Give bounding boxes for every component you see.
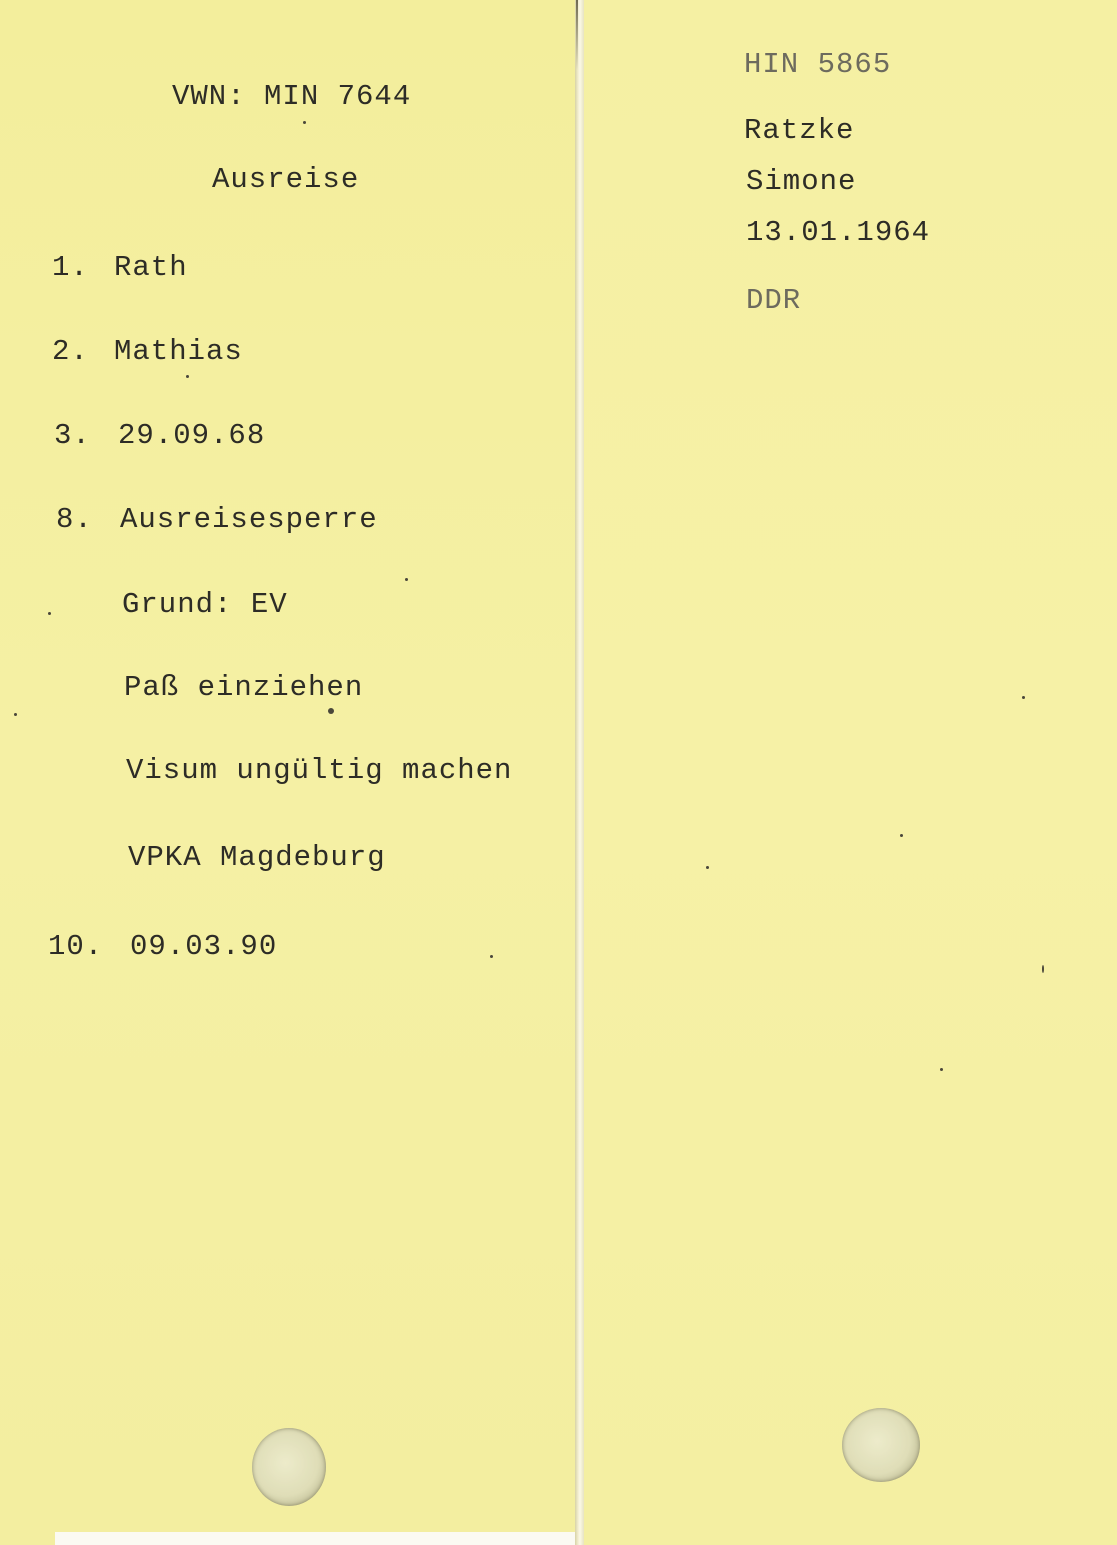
paper-edge: [55, 1532, 575, 1545]
paper-speck: [940, 1068, 943, 1071]
field-number: 8.: [56, 503, 93, 537]
paper-speck: [14, 713, 17, 716]
field-country: DDR: [746, 284, 801, 318]
paper-speck: [1042, 965, 1044, 973]
field-number: 3.: [54, 419, 91, 453]
card-divider: [575, 0, 584, 1545]
field-birth-date: 29.09.68: [118, 419, 265, 453]
paper-speck: [48, 612, 51, 615]
field-surname: Rath: [114, 251, 188, 285]
card-header: HIN 5865: [744, 48, 891, 82]
paper-speck: [490, 955, 493, 958]
field-number: 10.: [48, 930, 103, 964]
punch-hole: [842, 1408, 920, 1482]
paper-speck: [186, 375, 189, 378]
paper-speck: [900, 834, 903, 837]
field-end-date: 09.03.90: [130, 930, 277, 964]
card-header: VWN: MIN 7644: [172, 80, 411, 114]
field-given-name: Simone: [746, 165, 856, 199]
punch-hole: [252, 1428, 326, 1506]
paper-speck: [706, 866, 709, 869]
index-card-right: HIN 5865 Ratzke Simone 13.01.1964 DDR: [584, 0, 1117, 1545]
field-number: 1.: [52, 251, 89, 285]
field-number: 2.: [52, 335, 89, 369]
detail-visa: Visum ungültig machen: [126, 754, 512, 788]
field-birth-date: 13.01.1964: [746, 216, 930, 250]
paper-speck: [328, 708, 334, 714]
field-measure: Ausreisesperre: [120, 503, 378, 537]
paper-speck: [1022, 696, 1025, 699]
paper-speck: [303, 121, 306, 124]
index-card-left: VWN: MIN 7644 Ausreise 1. Rath 2. Mathia…: [0, 0, 575, 1545]
field-given-name: Mathias: [114, 335, 243, 369]
detail-authority: VPKA Magdeburg: [128, 841, 386, 875]
paper-speck: [405, 578, 408, 581]
detail-passport: Paß einziehen: [124, 671, 363, 705]
detail-reason: Grund: EV: [122, 588, 288, 622]
card-subtitle: Ausreise: [212, 163, 359, 197]
field-surname: Ratzke: [744, 114, 854, 148]
